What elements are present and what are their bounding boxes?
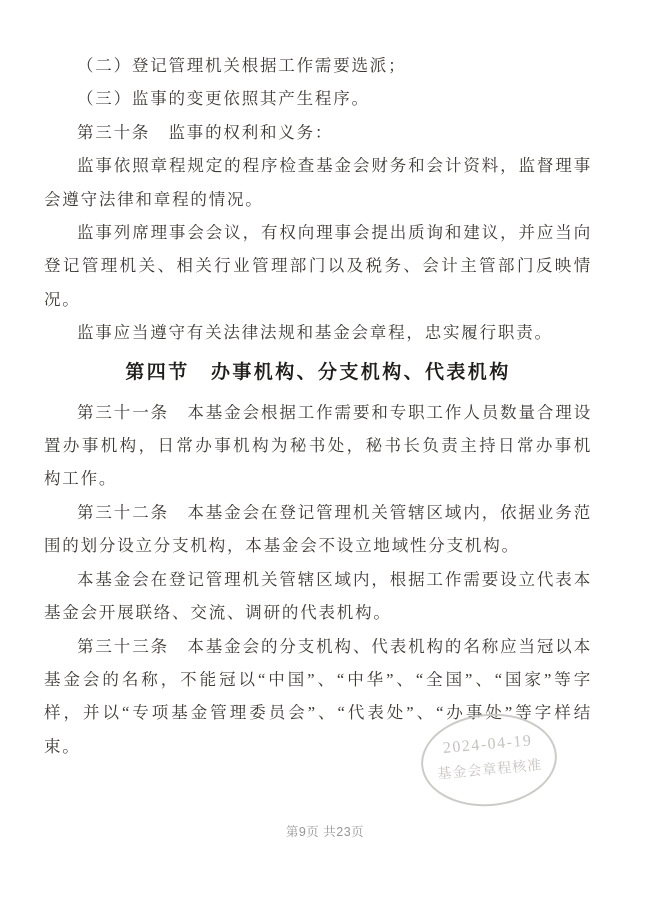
paragraph-item-2: （二）登记管理机关根据工作需要选派； bbox=[44, 49, 592, 82]
paragraph-supervisor-duty-2: 监事列席理事会会议，有权向理事会提出质询和建议，并应当向登记管理机关、相关行业管… bbox=[44, 216, 592, 316]
document-body: （二）登记管理机关根据工作需要选派； （三）监事的变更依照其产生程序。 第三十条… bbox=[44, 49, 592, 763]
section-heading: 第四节 办事机构、分支机构、代表机构 bbox=[44, 353, 592, 393]
document-page: （二）登记管理机关根据工作需要选派； （三）监事的变更依照其产生程序。 第三十条… bbox=[0, 0, 650, 920]
paragraph-representative-office: 本基金会在登记管理机关管辖区域内，根据工作需要设立代表本基金会开展联络、交流、调… bbox=[44, 563, 592, 630]
paragraph-article-30: 第三十条 监事的权利和义务： bbox=[44, 116, 592, 149]
paragraph-supervisor-duty-1: 监事依照章程规定的程序检查基金会财务和会计资料，监督理事会遵守法律和章程的情况。 bbox=[44, 149, 592, 216]
paragraph-article-32: 第三十二条 本基金会在登记管理机关管辖区域内，依据业务范围的划分设立分支机构，本… bbox=[44, 496, 592, 563]
paragraph-article-31: 第三十一条 本基金会根据工作需要和专职工作人员数量合理设置办事机构，日常办事机构… bbox=[44, 396, 592, 496]
page-number: 第9页 共23页 bbox=[0, 822, 650, 840]
paragraph-supervisor-duty-3: 监事应当遵守有关法律法规和基金会章程，忠实履行职责。 bbox=[44, 316, 592, 349]
paragraph-item-3: （三）监事的变更依照其产生程序。 bbox=[44, 82, 592, 115]
